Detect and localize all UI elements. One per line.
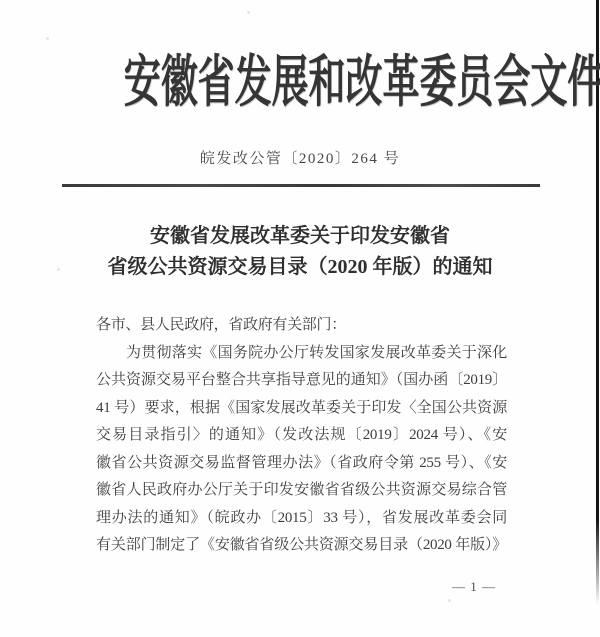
page-number: — 1 — bbox=[452, 579, 496, 595]
org-masthead-text: 安徽省发展和改革委员会文件 bbox=[124, 38, 600, 118]
document-title: 安徽省发展改革委关于印发安徽省 省级公共资源交易目录（2020 年版）的通知 bbox=[40, 221, 560, 283]
masthead-separator-rule bbox=[62, 184, 540, 187]
scanned-document-page: 安徽省发展和改革委员会文件 皖发改公管〔2020〕264 号 安徽省发展改革委关… bbox=[0, 0, 600, 637]
doc-number: 皖发改公管〔2020〕264 号 bbox=[0, 147, 600, 168]
document-title-line1: 安徽省发展改革委关于印发安徽省 bbox=[40, 221, 560, 252]
body-line: 交易目录指引〉的通知》（发改法规〔2019〕2024 号）、《安 bbox=[96, 422, 507, 450]
body-line: 有关部门制定了《安徽省省级公共资源交易目录（2020 年版）》 bbox=[96, 532, 507, 560]
scan-noise-speck bbox=[448, 599, 451, 602]
body-line: 公共资源交易平台整合共享指导意见的通知》（国办函〔2019〕 bbox=[96, 367, 507, 395]
body-line: 徽省公共资源交易监督管理办法》（省政府令第 255 号）、《安 bbox=[96, 450, 507, 478]
body-line: 理办法的通知》（皖政办〔2015〕33 号），省发展改革委会同 bbox=[96, 505, 507, 533]
document-title-line2: 省级公共资源交易目录（2020 年版）的通知 bbox=[40, 252, 560, 283]
body-line: 41 号）要求，根据《国家发展改革委关于印发〈全国公共资源 bbox=[96, 395, 507, 423]
body-line: 为贯彻落实《国务院办公厅转发国家发展改革委关于深化 bbox=[96, 340, 507, 368]
body-line: 徽省人民政府办公厅关于印发安徽省省级公共资源交易综合管 bbox=[96, 477, 507, 505]
scan-noise-speck bbox=[247, 11, 250, 14]
salutation-line: 各市、县人民政府，省政府有关部门： bbox=[96, 312, 507, 340]
org-masthead: 安徽省发展和改革委员会文件 bbox=[0, 38, 600, 118]
document-body: 各市、县人民政府，省政府有关部门： 为贯彻落实《国务院办公厅转发国家发展改革委关… bbox=[96, 312, 507, 560]
